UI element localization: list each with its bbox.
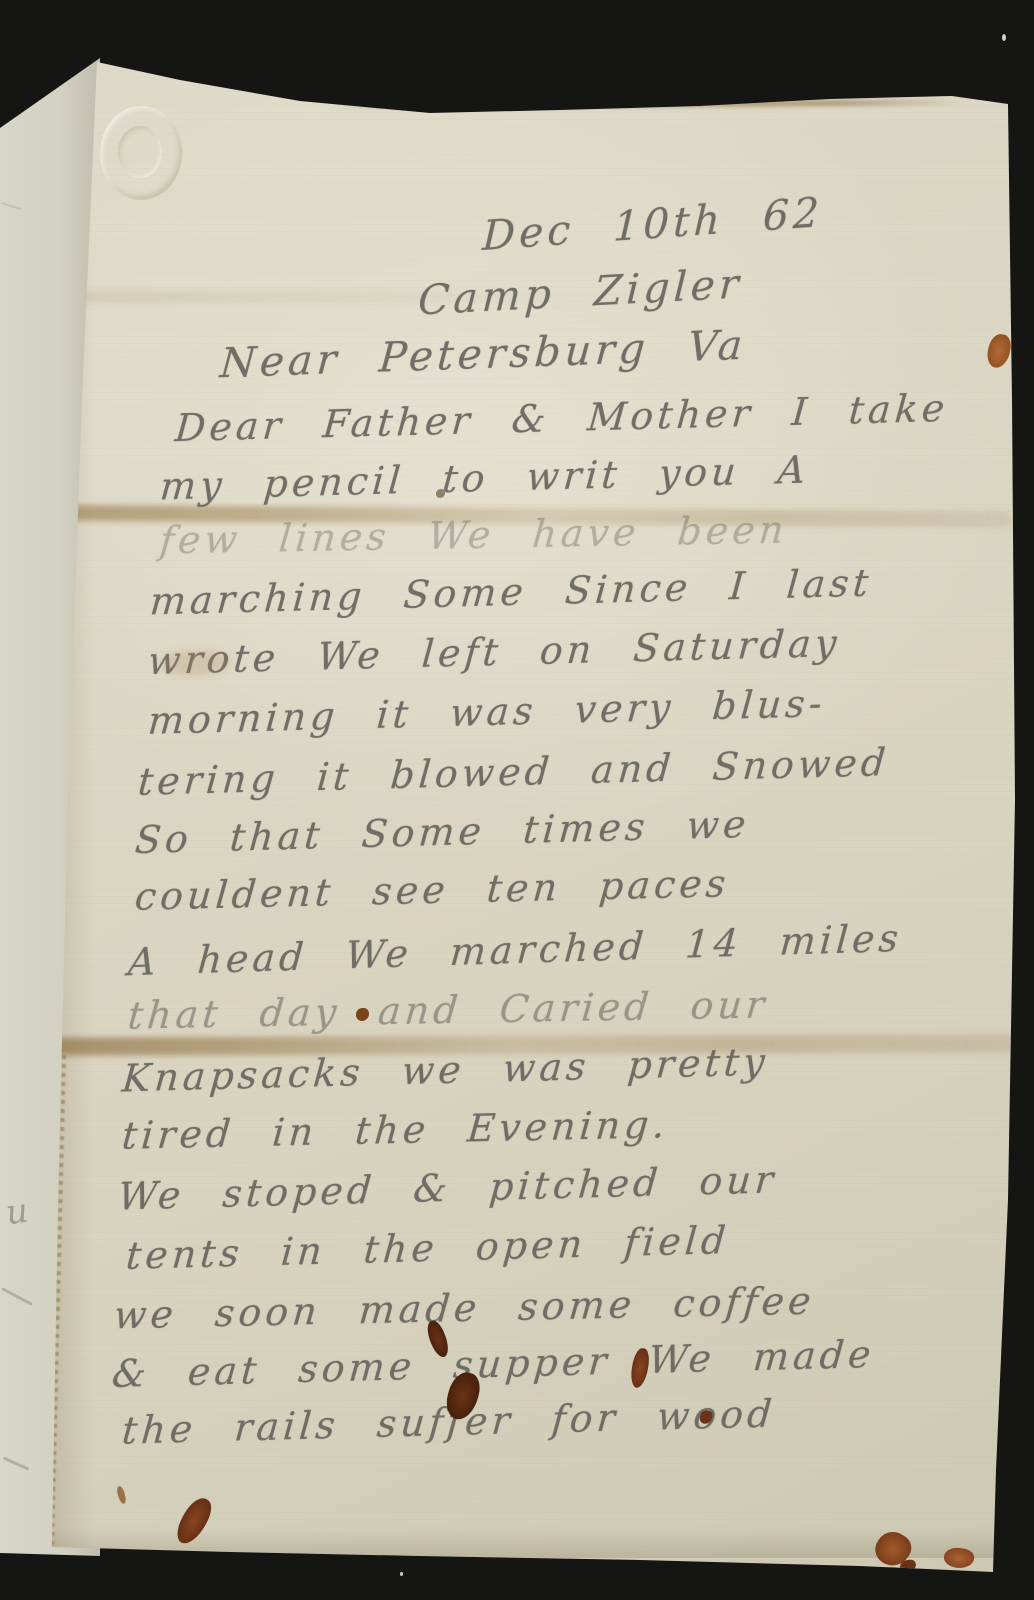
behind-page-writing-fragment: u (3, 1191, 30, 1234)
behind-page-pencil-stroke (0, 202, 22, 211)
dust-speck (1002, 34, 1006, 41)
behind-page-pencil-stroke (3, 1456, 30, 1470)
behind-page-pencil-stroke (1, 1287, 32, 1306)
letter-paper: Dec 10th 62 Camp Zigler Near Petersburg … (0, 0, 1034, 1600)
rust-stain (899, 1559, 917, 1574)
photo-background: u Dec 10th 62 Camp Zigler Near Petersbur… (0, 0, 1034, 1600)
small-stain (690, 94, 696, 100)
embossed-stationery-seal (100, 106, 182, 200)
embossed-seal-inner-ring (118, 126, 162, 178)
dust-speck (400, 1572, 403, 1576)
